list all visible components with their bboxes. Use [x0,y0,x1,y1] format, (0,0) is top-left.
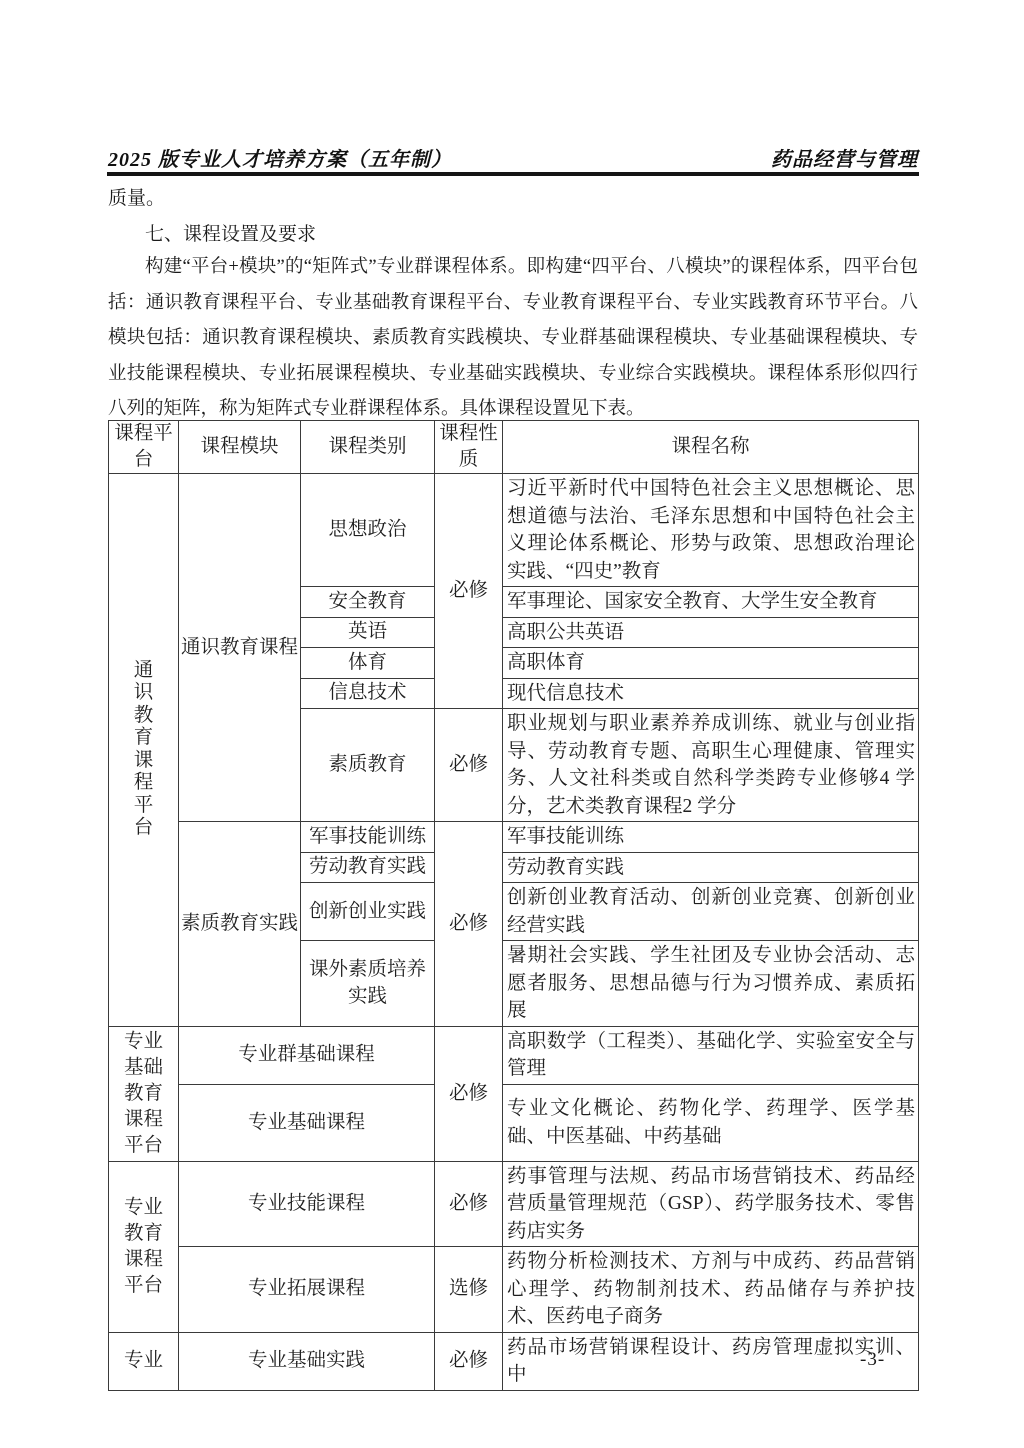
document-page: { "colors": { "text": "#1a1a1a", "border… [0,0,1024,1448]
cell-category: 课外素质培养实践 [301,941,435,1027]
cell-course-names: 劳动教育实践 [503,852,919,883]
cell-course-names: 军事理论、国家安全教育、大学生安全教育 [503,587,919,618]
cell-course-names: 专业文化概论、药物化学、药理学、医学基础、中医基础、中药基础 [503,1084,919,1161]
cell-category: 体育 [301,648,435,679]
carryover-paragraph-line: 质量。 [108,186,165,212]
cell-course-names: 药事管理与法规、药品市场营销技术、药品经营质量管理规范（GSP）、药学服务技术、… [503,1161,919,1247]
cell-platform-professional-education: 专业教育课程平台 [109,1161,179,1332]
cell-module-quality-practice: 素质教育实践 [179,822,301,1027]
curriculum-table: 课程平台 课程模块 课程类别 课程性质 课程名称 通识教育课程平台 通识教育课程… [108,420,919,1391]
page-header: 2025 版专业人才培养方案（五年制） 药品经营与管理 [108,143,918,172]
category-label: 课外素质培养实践 [304,956,432,1010]
table-row: 素质教育实践 军事技能训练 必修 军事技能训练 [109,822,919,853]
cell-nature: 选修 [435,1247,503,1333]
cell-category: 创新创业实践 [301,883,435,941]
cell-course-names: 创新创业教育活动、创新创业竞赛、创新创业经营实践 [503,883,919,941]
cell-category: 劳动教育实践 [301,852,435,883]
table-row: 专业 专业基础实践 必修 药品市场营销课程设计、药房管理虚拟实训、中 [109,1332,919,1390]
cell-course-names: 高职体育 [503,648,919,679]
cell-course-names: 现代信息技术 [503,678,919,709]
section-heading: 七、课程设置及要求 [145,222,316,248]
cell-category: 思想政治 [301,474,435,587]
cell-nature: 必修 [435,1026,503,1161]
cell-category: 安全教育 [301,587,435,618]
table-row: 专业基础课程 专业文化概论、药物化学、药理学、医学基础、中医基础、中药基础 [109,1084,919,1161]
cell-course-names: 药物分析检测技术、方剂与中成药、药品营销心理学、药物制剂技术、药品储存与养护技术… [503,1247,919,1333]
cell-category-merged: 专业基础实践 [179,1332,435,1390]
cell-course-names: 高职公共英语 [503,617,919,648]
table-row: 通识教育课程平台 通识教育课程 思想政治 必修 习近平新时代中国特色社会主义思想… [109,474,919,587]
cell-course-names: 暑期社会实践、学生社团及专业协会活动、志愿者服务、思想品德与行为习惯养成、素质拓… [503,941,919,1027]
platform-vertical-label: 专业教育课程平台 [123,1195,165,1299]
col-header-nature: 课程性质 [435,421,503,474]
cell-nature: 必修 [435,1332,503,1390]
cell-category-merged: 专业拓展课程 [179,1247,435,1333]
cell-platform-general-education: 通识教育课程平台 [109,474,179,1027]
cell-nature: 必修 [435,1161,503,1247]
cell-nature: 必修 [435,709,503,822]
cell-category: 信息技术 [301,678,435,709]
cell-category-merged: 专业群基础课程 [179,1026,435,1084]
cell-course-names: 习近平新时代中国特色社会主义思想概论、思想道德与法治、毛泽东思想和中国特色社会主… [503,474,919,587]
platform-vertical-label: 专业基础教育课程平台 [123,1029,165,1159]
header-left-title: 2025 版专业人才培养方案（五年制） [108,143,452,172]
cell-category-merged: 专业基础课程 [179,1084,435,1161]
col-header-name: 课程名称 [503,421,919,474]
table-row: 专业拓展课程 选修 药物分析检测技术、方剂与中成药、药品营销心理学、药物制剂技术… [109,1247,919,1333]
cell-platform-professional-practice: 专业 [109,1332,179,1390]
table-row: 专业基础教育课程平台 专业群基础课程 必修 高职数学（工程类）、基础化学、实验室… [109,1026,919,1084]
table-row: 专业教育课程平台 专业技能课程 必修 药事管理与法规、药品市场营销技术、药品经营… [109,1161,919,1247]
cell-category: 军事技能训练 [301,822,435,853]
cell-category: 英语 [301,617,435,648]
cell-category-merged: 专业技能课程 [179,1161,435,1247]
cell-course-names: 药品市场营销课程设计、药房管理虚拟实训、中 [503,1332,919,1390]
cell-course-names: 军事技能训练 [503,822,919,853]
cell-course-names: 高职数学（工程类）、基础化学、实验室安全与管理 [503,1026,919,1084]
cell-nature: 必修 [435,822,503,1027]
platform-vertical-label: 通识教育课程平台 [133,660,155,840]
cell-platform-professional-basic: 专业基础教育课程平台 [109,1026,179,1161]
col-header-platform: 课程平台 [109,421,179,474]
cell-course-names: 职业规划与职业素养养成训练、就业与创业指导、劳动教育专题、高职生心理健康、管理实… [503,709,919,822]
table-header-row: 课程平台 课程模块 课程类别 课程性质 课程名称 [109,421,919,474]
page-number: -3- [860,1349,885,1371]
cell-nature: 必修 [435,474,503,709]
header-double-rule [107,172,919,176]
col-header-module: 课程模块 [179,421,301,474]
cell-category: 素质教育 [301,709,435,822]
header-right-title: 药品经营与管理 [771,143,918,172]
cell-module-general-courses: 通识教育课程 [179,474,301,822]
intro-paragraph: 构建“平台+模块”的“矩阵式”专业群课程体系。即构建“四平台、八模块”的课程体系… [108,250,918,428]
col-header-category: 课程类别 [301,421,435,474]
